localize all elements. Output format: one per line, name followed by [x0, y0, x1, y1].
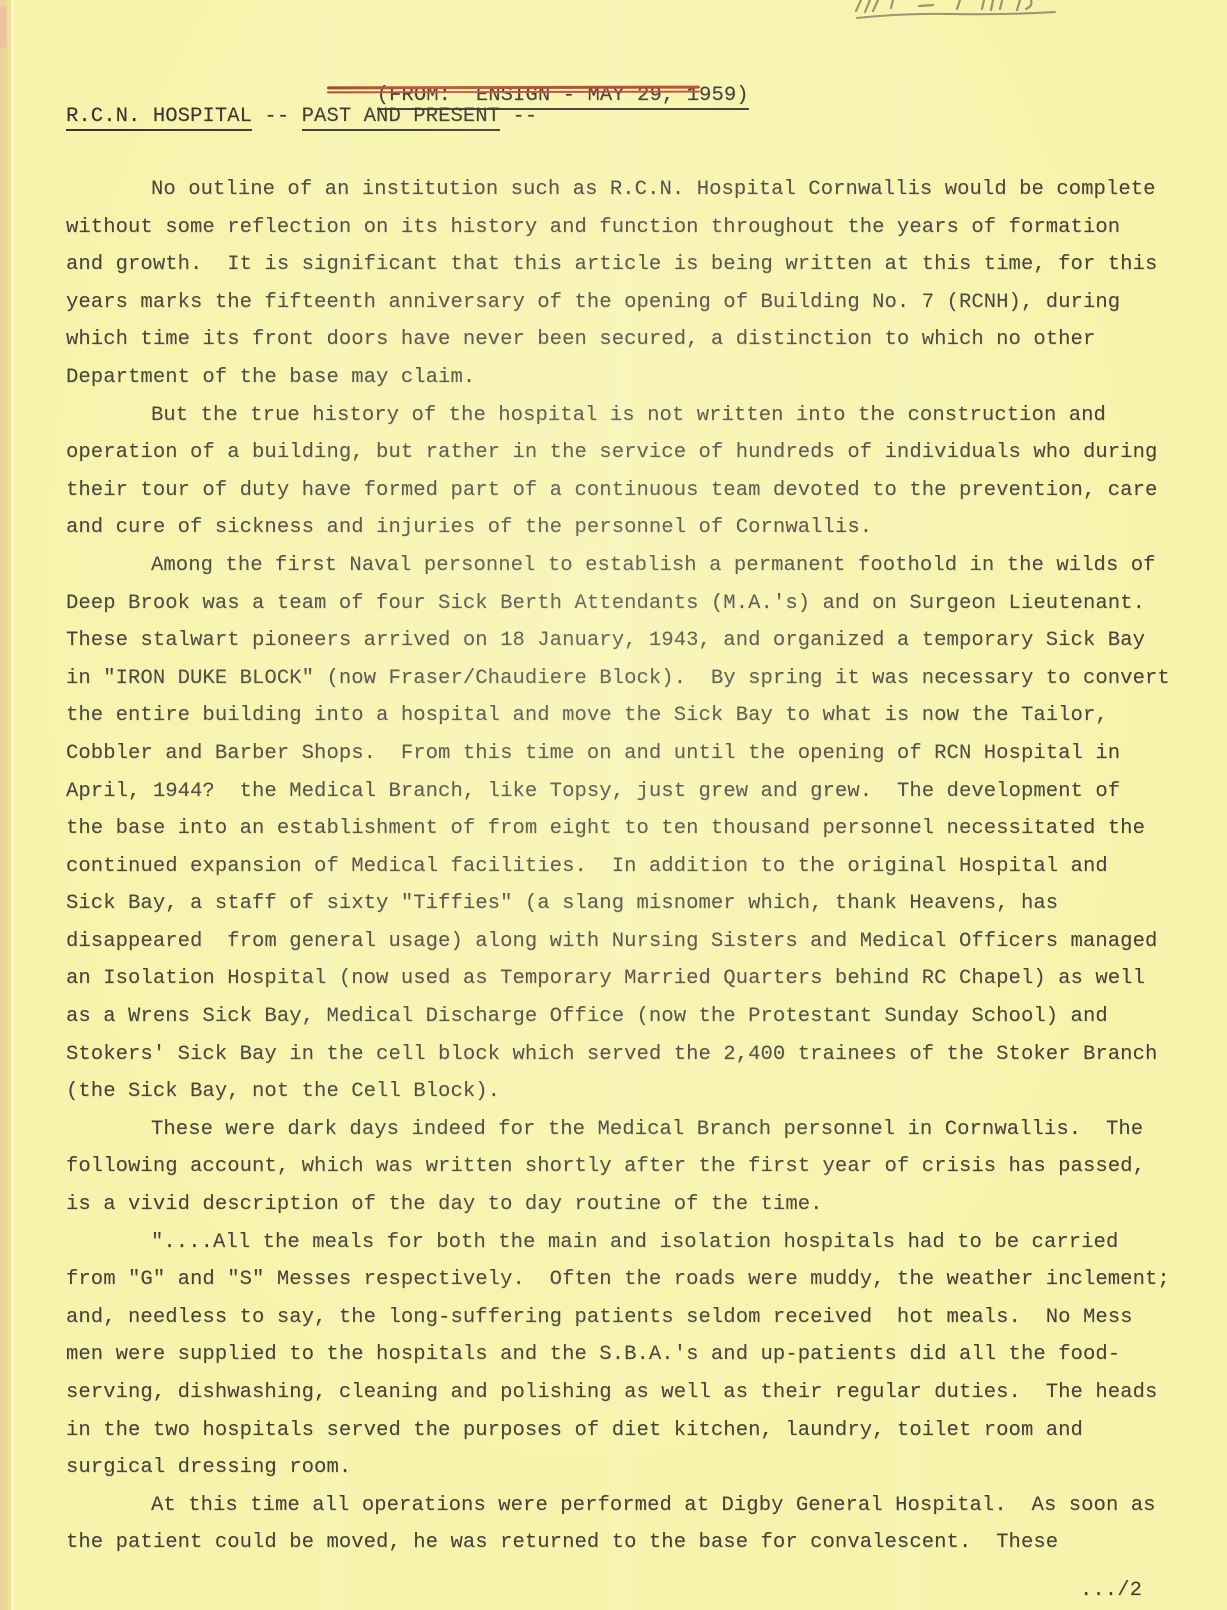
paragraph-2: But the true history of the hospital is …: [66, 397, 1182, 547]
red-double-underline-mark: [327, 86, 700, 93]
document-body: No outline of an institution such as R.C…: [66, 171, 1182, 1562]
scan-left-edge: [0, 0, 11, 1610]
scanned-document-page: (FROM: ENSIGN - MAY 29, 1959) R.C.N. HOS…: [0, 0, 1227, 1610]
handwritten-annotation: [843, 0, 1068, 26]
title-part-2: PAST AND PRESENT: [302, 105, 500, 131]
scan-edge-artifact: [0, 6, 7, 48]
paragraph-5: "....All the meals for both the main and…: [66, 1224, 1182, 1487]
paragraph-3: Among the first Naval personnel to estab…: [66, 547, 1182, 1111]
title-suffix: --: [500, 105, 537, 128]
scan-edge-highlight: [11, 0, 14, 1610]
title-part-1: R.C.N. HOSPITAL: [66, 105, 252, 131]
document-title: R.C.N. HOSPITAL -- PAST AND PRESENT --: [66, 103, 537, 130]
title-separator: --: [252, 105, 302, 128]
paragraph-4: These were dark days indeed for the Medi…: [66, 1111, 1182, 1224]
paragraph-1: No outline of an institution such as R.C…: [66, 171, 1182, 397]
paragraph-6: At this time all operations were perform…: [66, 1487, 1182, 1562]
page-number: .../2: [1080, 1579, 1142, 1602]
